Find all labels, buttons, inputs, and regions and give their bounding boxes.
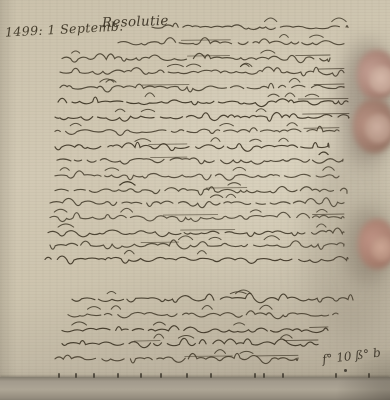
handwriting-stroke [279, 138, 288, 141]
handwriting-stroke [45, 256, 348, 264]
handwriting-stroke [220, 124, 234, 126]
handwriting-stroke [50, 240, 344, 249]
handwriting-stroke [285, 93, 295, 97]
handwriting-stroke [72, 322, 87, 325]
handwriting-stroke [141, 109, 154, 111]
handwriting-stroke [210, 195, 222, 198]
handwriting-stroke [141, 242, 178, 243]
handwriting-stroke [226, 194, 236, 197]
handwriting-stroke [154, 334, 164, 338]
handwriting-stroke [135, 139, 151, 142]
handwriting-stroke [187, 64, 201, 66]
handwriting-stroke [48, 228, 344, 237]
handwriting-stroke [206, 188, 246, 189]
handwriting-stroke [54, 209, 67, 212]
handwriting-stroke [185, 356, 233, 357]
handwriting-stroke [145, 93, 154, 97]
handwriting-stroke [60, 67, 344, 76]
handwriting-stroke [149, 144, 187, 145]
handwriting-stroke [106, 80, 116, 82]
handwriting-stroke [250, 139, 261, 141]
handwriting-stroke [215, 350, 226, 354]
handwriting-stroke [256, 109, 266, 112]
handwriting-stroke [310, 327, 328, 328]
handwriting-stroke [55, 142, 329, 151]
handwriting-stroke [318, 69, 344, 70]
fingernail [365, 114, 390, 143]
handwriting-stroke [202, 305, 212, 309]
handwriting-stroke [121, 208, 133, 212]
handwriting-stroke [60, 168, 69, 171]
handwriting-stroke [234, 323, 245, 325]
handwriting-stroke [151, 157, 187, 158]
handwriting-stroke [153, 322, 165, 325]
handwriting-stroke [152, 23, 348, 29]
handwriting-stroke [281, 335, 292, 338]
handwriting-stroke [62, 53, 330, 62]
handwriting-stroke [88, 307, 101, 310]
handwriting-stroke [211, 138, 220, 142]
handwriting-stroke [209, 237, 221, 239]
handwriting-stroke [265, 18, 277, 22]
fingernail [371, 236, 390, 261]
handwriting-stroke [260, 305, 272, 309]
handwriting-stroke [163, 215, 217, 216]
handwriting-stroke [261, 50, 275, 53]
handwriting-stroke [72, 51, 80, 53]
handwriting-stroke [111, 306, 120, 310]
handwriting-stroke [305, 94, 318, 96]
handwriting-stroke [58, 97, 348, 106]
handwriting-stroke [60, 83, 344, 92]
handwriting-stroke [181, 40, 230, 41]
handwriting-stroke [280, 34, 289, 37]
handwriting-stroke [250, 210, 261, 212]
handwriting-stroke [70, 123, 81, 125]
handwriting-stroke [57, 158, 343, 164]
handwriting-stroke [55, 353, 298, 363]
handwriting-stroke [168, 64, 184, 66]
handwriting-stroke [72, 293, 353, 302]
handwriting-stroke [68, 311, 338, 319]
manuscript-photo: 1499: 1 Septemb. Resolutie f° 10 ß° b [0, 0, 390, 400]
handwriting-stroke [332, 18, 347, 22]
handwriting-stroke [178, 336, 193, 339]
handwriting-stroke [314, 84, 344, 85]
corner-shadow [330, 350, 390, 400]
handwriting-stroke [105, 168, 119, 170]
handwriting-stroke [124, 250, 134, 254]
handwriting-stroke [256, 355, 298, 356]
handwriting-stroke [179, 236, 193, 240]
handwriting-stroke [289, 78, 300, 82]
handwriting-stroke [55, 126, 339, 135]
handwriting-stroke [115, 109, 125, 112]
handwriting-stroke [310, 35, 324, 37]
handwriting-stroke [181, 230, 235, 231]
handwriting-stroke [233, 167, 245, 170]
handwriting-stroke [296, 55, 330, 56]
handwriting-stroke [55, 171, 339, 180]
handwriting-stroke [304, 128, 339, 129]
handwriting-stroke [240, 351, 253, 353]
handwriting-stroke [62, 338, 318, 347]
handwriting-stroke [50, 198, 344, 208]
handwriting-stroke [228, 183, 241, 185]
opening-word: Resolutie [102, 13, 169, 31]
handwriting-stroke [188, 56, 230, 57]
fingernail [369, 66, 390, 93]
handwriting-stroke [197, 251, 206, 254]
handwriting-stroke [55, 186, 347, 195]
handwriting-stroke [134, 341, 160, 342]
handwriting-stroke [58, 224, 74, 227]
handwriting-stroke [284, 340, 318, 341]
handwriting-stroke [142, 85, 189, 86]
handwriting-stroke [264, 236, 279, 240]
handwriting-stroke [50, 212, 344, 221]
handwriting-stroke [118, 38, 344, 45]
handwriting-stroke [107, 291, 116, 293]
handwriting-stroke [268, 94, 279, 96]
handwriting-stroke [287, 123, 297, 126]
handwriting-stroke [62, 326, 328, 333]
